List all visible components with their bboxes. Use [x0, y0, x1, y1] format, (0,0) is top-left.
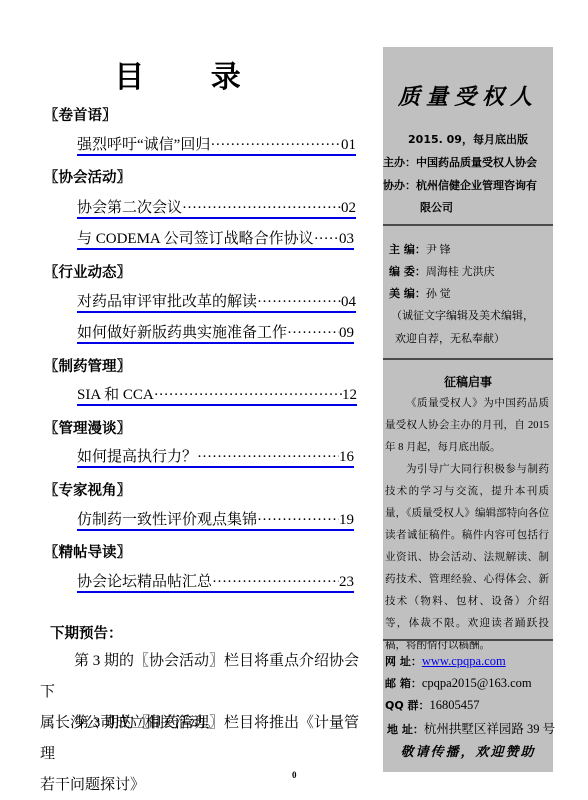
section-heading: 〖精帖导读〗: [44, 541, 131, 562]
toc-entry-title: SIA 和 CCA: [77, 386, 154, 404]
next-issue-heading: 下期预告：: [50, 622, 123, 643]
call-for-papers-body: 《质量受权人》为中国药品质量受权人协会主办的月刊，自 2015 年 8 月起，每…: [385, 393, 549, 657]
address-row: 地 址：杭州拱墅区祥园路 39 号: [387, 719, 555, 737]
editorial-board: 编 委：周海桂 尤洪庆: [389, 263, 549, 279]
label: 地 址：: [387, 723, 424, 736]
toc-leader-dots: ········································…: [257, 511, 339, 529]
section-heading: 〖行业动态〗: [44, 261, 131, 282]
email-value: cpqpa2015@163.com: [422, 676, 532, 690]
toc-entry[interactable]: 仿制药一致性评价观点集锦····························…: [77, 511, 354, 531]
toc-entry-title: 强烈呼吁“诚信”回归: [77, 136, 210, 154]
divider: [383, 224, 553, 226]
notice-paragraph: 《质量受权人》为中国药品质量受权人协会主办的月刊，自 2015 年 8 月起，每…: [385, 393, 549, 459]
value: 周海桂 尤洪庆: [426, 266, 495, 278]
toc-entry-title: 协会第二次会议: [77, 199, 182, 217]
label: 网 址：: [385, 655, 422, 668]
label: QQ 群：: [385, 699, 430, 712]
slogan: 敬请传播，欢迎赞助: [383, 741, 553, 760]
magazine-title: 质量受权人: [383, 80, 553, 111]
toc-page: 16: [339, 448, 354, 466]
label: 主 编：: [389, 243, 426, 256]
toc-entry-title: 对药品审评审批改革的解读: [77, 293, 257, 311]
toc-leader-dots: ········································…: [197, 448, 339, 466]
qq-value: 16805457: [430, 698, 480, 712]
section-heading: 〖管理漫谈〗: [44, 417, 131, 438]
label: 邮 箱：: [385, 677, 422, 690]
divider: [383, 639, 553, 641]
toc-page: 02: [341, 199, 356, 217]
art-editor: 美 编：孙 觉: [389, 285, 549, 301]
toc-page: 23: [339, 573, 354, 591]
address-value: 杭州拱墅区祥园路 39 号: [424, 722, 555, 736]
toc-entry[interactable]: 强烈呼吁“诚信”回归······························…: [77, 136, 356, 156]
toc-leader-dots: ········································…: [257, 293, 341, 311]
value: 尹 锋: [426, 244, 451, 256]
toc-page: 12: [342, 386, 357, 404]
toc-page: 19: [339, 511, 354, 529]
page-number: 0: [292, 770, 297, 780]
toc-entry-title: 协会论坛精品帖汇总: [77, 573, 212, 591]
paragraph-line: 第 3 期的〖协会活动〗栏目将重点介绍协会下: [40, 646, 360, 708]
website-row: 网 址：www.cpqpa.com: [385, 653, 506, 669]
call-for-papers-title: 征稿启事: [383, 373, 553, 390]
co-host-org-cont: 限公司: [420, 199, 588, 215]
email-row: 邮 箱：cpqpa2015@163.com: [385, 675, 532, 691]
section-heading: 〖专家视角〗: [44, 479, 131, 500]
label: 编 委：: [389, 265, 426, 278]
toc-leader-dots: ········································…: [212, 573, 339, 591]
toc-leader-dots: ········································…: [182, 199, 341, 217]
toc-page: 01: [341, 136, 356, 154]
section-heading: 〖制药管理〗: [44, 355, 131, 376]
chief-editor: 主 编：尹 锋: [389, 241, 549, 257]
recruit-note: （诚征文字编辑及美术编辑，: [391, 307, 551, 323]
next-issue-paragraph: 第 3 期的〖制药管理〗栏目将推出《计量管理 若干问题探讨》: [40, 708, 360, 800]
toc-leader-dots: ········································…: [210, 136, 341, 154]
toc-entry-title: 仿制药一致性评价观点集锦: [77, 511, 257, 529]
toc-entry-title: 与 CODEMA 公司签订战略合作协议: [77, 230, 314, 248]
qq-row: QQ 群：16805457: [385, 697, 480, 713]
website-link[interactable]: www.cpqpa.com: [422, 654, 506, 668]
notice-paragraph: 为引导广大同行积极参与制药技术的学习与交流，提升本刊质量，《质量受权人》编辑部特…: [385, 459, 549, 657]
issue-info: 2015. 09，每月底出版: [383, 131, 553, 147]
paragraph-line: 第 3 期的〖制药管理〗栏目将推出《计量管理: [40, 708, 360, 770]
recruit-note-cont: 欢迎自荐，无私奉献）: [395, 330, 555, 346]
toc-entry[interactable]: 协会第二次会议·································…: [77, 199, 356, 219]
toc-entry[interactable]: SIA 和 CCA·······························…: [77, 386, 357, 406]
toc-leader-dots: ········································…: [287, 324, 339, 342]
masthead-sidebar: 质量受权人 2015. 09，每月底出版 主办：中国药品质量受权人协会 协办：杭…: [383, 47, 553, 772]
label: 美 编：: [389, 287, 426, 300]
toc-entry[interactable]: 如何做好新版药典实施准备工作··························…: [77, 324, 354, 344]
toc-title: 目 录: [0, 52, 383, 96]
toc-page: 03: [339, 230, 354, 248]
toc-entry[interactable]: 如何提高执行力？································…: [77, 448, 354, 468]
divider: [383, 358, 553, 360]
value: 孙 觉: [426, 288, 451, 300]
toc-entry-title: 如何提高执行力？: [77, 448, 197, 466]
toc-page: 04: [341, 293, 356, 311]
toc-page: 09: [339, 324, 354, 342]
host-org: 主办：中国药品质量受权人协会: [383, 154, 553, 170]
toc-leader-dots: ········································…: [154, 386, 342, 404]
toc-entry[interactable]: 与 CODEMA 公司签订战略合作协议·····················…: [77, 230, 354, 250]
toc-entry-title: 如何做好新版药典实施准备工作: [77, 324, 287, 342]
toc-entry[interactable]: 协会论坛精品帖汇总·······························…: [77, 573, 354, 593]
paragraph-line: 若干问题探讨》: [40, 770, 360, 800]
co-host-org: 协办：杭州信健企业管理咨询有: [383, 177, 553, 193]
section-heading: 〖卷首语〗: [44, 104, 117, 125]
toc-entry[interactable]: 对药品审评审批改革的解读····························…: [77, 293, 356, 313]
toc-leader-dots: ···························: [314, 230, 339, 248]
section-heading: 〖协会活动〗: [44, 166, 131, 187]
